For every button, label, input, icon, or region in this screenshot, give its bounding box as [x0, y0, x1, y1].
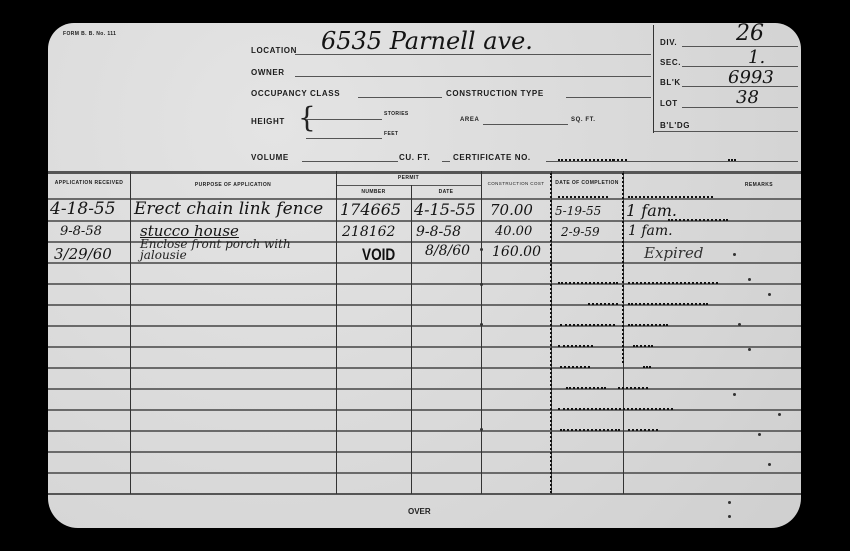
- row-line: [48, 388, 801, 390]
- row-line: [48, 262, 801, 264]
- punch-holes: [628, 324, 668, 326]
- row-line: [48, 346, 801, 348]
- punch-holes: [628, 303, 708, 305]
- header-permit: PERMIT: [336, 175, 481, 181]
- row-line: [48, 367, 801, 369]
- feet-label: FEET: [384, 131, 398, 137]
- certificate-no-line: [546, 161, 798, 162]
- punch-hole: [728, 501, 731, 504]
- height-label: HEIGHT: [251, 117, 285, 126]
- punch-hole: [758, 433, 761, 436]
- lot-label: LOT: [660, 99, 678, 108]
- sec-value: 1.: [748, 47, 765, 68]
- volume-line: [302, 161, 398, 162]
- punch-holes: [558, 282, 618, 284]
- bldg-label: B'L'DG: [660, 121, 690, 130]
- cell-permit-number: 174665: [340, 200, 401, 219]
- cell-permit-number: 218162: [342, 224, 395, 240]
- certificate-no-label: CERTIFICATE NO.: [453, 153, 531, 162]
- cell-purpose: Enclose front porch with jalousie: [140, 239, 340, 261]
- owner-label: OWNER: [251, 68, 285, 77]
- cell-remarks: Expired: [644, 244, 703, 262]
- location-value: 6535 Parnell ave.: [321, 27, 533, 55]
- permit-record-card: FORM B. B. No. 111 LOCATION 6535 Parnell…: [48, 23, 801, 528]
- cell-remarks: 1 fam.: [626, 201, 677, 220]
- header-date-of-completion: DATE OF COMPLETION: [553, 179, 621, 188]
- row-line: [48, 430, 801, 432]
- form-number: FORM B. B. No. 111: [63, 31, 116, 37]
- header-purpose: PURPOSE OF APPLICATION: [130, 182, 336, 188]
- punch-holes: [613, 159, 627, 161]
- cell-completion: 5-19-55: [555, 204, 601, 218]
- punch-holes: [618, 387, 648, 389]
- sec-label: SEC.: [660, 58, 681, 67]
- punch-holes: [560, 366, 590, 368]
- cell-received: 3/29/60: [54, 245, 112, 263]
- col-divider: [130, 171, 131, 494]
- area-label: AREA: [460, 117, 479, 123]
- col-divider: [336, 171, 337, 494]
- punch-hole: [733, 253, 736, 256]
- punch-holes: [560, 324, 615, 326]
- header-permit-number: NUMBER: [336, 189, 411, 195]
- cell-cost: 160.00: [492, 244, 541, 260]
- cell-permit-date: 4-15-55: [414, 200, 476, 219]
- punch-holes: [728, 159, 736, 161]
- punch-holes: [643, 366, 651, 368]
- cell-remarks: 1 fam.: [628, 223, 673, 239]
- punch-hole: [748, 278, 751, 281]
- punch-hole: [738, 323, 741, 326]
- sq-ft-label: SQ. FT.: [571, 117, 596, 123]
- col-divider: [411, 185, 412, 494]
- punch-column: [550, 173, 552, 493]
- punch-hole: [748, 348, 751, 351]
- punch-holes: [566, 387, 606, 389]
- cell-received: 9-8-58: [60, 224, 102, 239]
- permit-subheader-line: [336, 185, 481, 186]
- right-box-divider: [653, 25, 654, 133]
- bldg-line: [654, 131, 798, 132]
- feet-line: [306, 138, 382, 139]
- punch-holes: [628, 282, 718, 284]
- cell-purpose: Erect chain link fence: [134, 199, 323, 219]
- occupancy-class-line: [358, 97, 442, 98]
- area-line: [483, 124, 568, 125]
- row-line: [48, 325, 801, 327]
- header-permit-date: DATE: [411, 189, 481, 195]
- occupancy-class-label: OCCUPANCY CLASS: [251, 89, 340, 98]
- punch-holes: [588, 303, 618, 305]
- cell-permit-date: 9-8-58: [416, 224, 461, 240]
- row-line: [48, 409, 801, 411]
- col-divider: [481, 171, 482, 494]
- punch-hole: [480, 283, 483, 286]
- header-remarks: REMARKS: [623, 182, 773, 188]
- lot-value: 38: [736, 87, 759, 108]
- height-brace: {: [298, 101, 316, 134]
- punch-holes: [668, 219, 728, 221]
- punch-hole: [768, 463, 771, 466]
- blk-value: 6993: [728, 67, 774, 88]
- cell-permit-date: 8/8/60: [425, 243, 470, 259]
- cell-completion: 2-9-59: [561, 225, 600, 239]
- punch-holes: [558, 408, 673, 410]
- punch-holes: [633, 345, 653, 347]
- table-top-border: [48, 171, 801, 174]
- cell-received: 4-18-55: [50, 199, 116, 219]
- cell-cost: 40.00: [495, 224, 532, 239]
- div-label: DIV.: [660, 38, 677, 47]
- header-application-received: APPLICATION RECEIVED: [48, 179, 130, 188]
- punch-hole: [778, 413, 781, 416]
- location-label: LOCATION: [251, 46, 297, 55]
- void-stamp: VOID: [362, 245, 395, 265]
- punch-holes: [560, 429, 620, 431]
- punch-hole: [728, 515, 731, 518]
- header-construction-cost: CONSTRUCTION COST: [483, 179, 549, 188]
- cu-ft-line: [442, 161, 450, 162]
- punch-holes: [628, 196, 713, 198]
- punch-holes: [558, 196, 608, 198]
- stories-label: STORIES: [384, 111, 409, 117]
- punch-column: [622, 173, 624, 363]
- stories-line: [306, 119, 382, 120]
- punch-hole: [480, 428, 483, 431]
- punch-holes: [628, 429, 658, 431]
- volume-label: VOLUME: [251, 153, 289, 162]
- over-label: OVER: [408, 507, 431, 516]
- blk-label: BL'K: [660, 78, 681, 87]
- punch-holes: [558, 345, 593, 347]
- punch-hole: [480, 248, 483, 251]
- div-value: 26: [736, 23, 764, 46]
- table-bottom-border: [48, 493, 801, 495]
- punch-holes: [558, 159, 614, 161]
- construction-type-line: [566, 97, 651, 98]
- cell-cost: 70.00: [490, 201, 533, 219]
- row-line: [48, 451, 801, 453]
- cu-ft-label: CU. FT.: [399, 153, 430, 162]
- punch-hole: [768, 293, 771, 296]
- punch-hole: [733, 393, 736, 396]
- owner-line: [295, 76, 651, 77]
- punch-hole: [480, 323, 483, 326]
- construction-type-label: CONSTRUCTION TYPE: [446, 89, 544, 98]
- div-line: [682, 46, 798, 47]
- row-line: [48, 472, 801, 474]
